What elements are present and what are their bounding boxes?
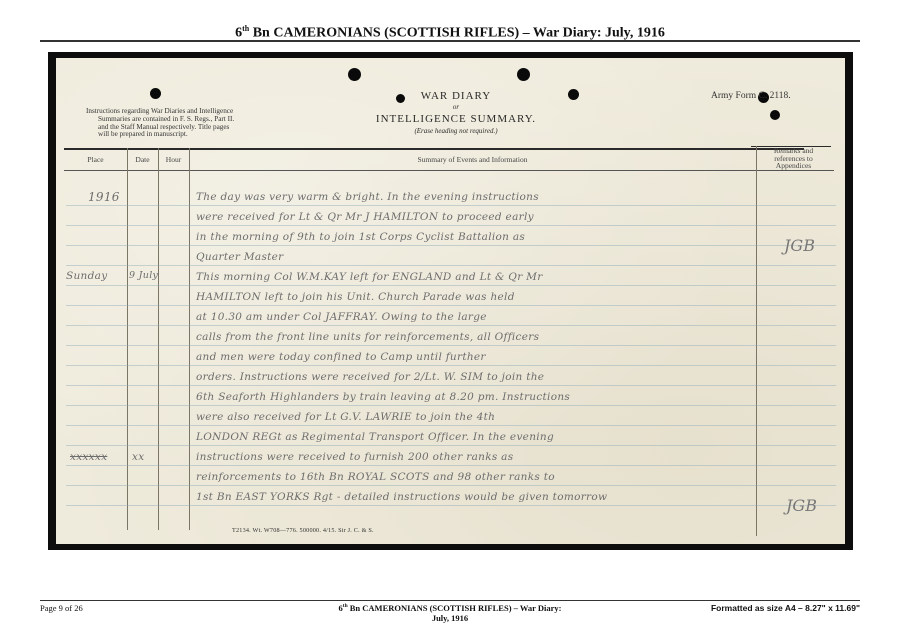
entry-line: LONDON REGt as Regimental Transport Offi… <box>196 431 554 443</box>
ruled-line <box>66 445 836 446</box>
table-header-rule <box>64 170 834 171</box>
ruled-line <box>66 385 836 386</box>
ruled-line <box>66 325 836 326</box>
column-header-hour: Hour <box>158 155 189 164</box>
ruled-line <box>66 285 836 286</box>
header-unit-suffix: th <box>242 24 249 33</box>
ruled-line <box>66 485 836 486</box>
footer-title: 6th Bn CAMERONIANS (SCOTTISH RIFLES) – W… <box>330 603 570 623</box>
entry-line: This morning Col W.M.KAY left for ENGLAN… <box>196 271 543 283</box>
ruled-line <box>66 305 836 306</box>
footer-unit-suffix: th <box>343 603 348 609</box>
entry-line: were also received for Lt G.V. LAWRIE to… <box>196 411 495 423</box>
printer-mark: T2134. Wt. W708—776. 500000. 4/15. Sir J… <box>232 527 374 534</box>
remarks-initials: JGB <box>786 496 817 515</box>
column-header-date: Date <box>127 155 158 164</box>
footer-rule <box>40 600 860 601</box>
form-instructions: Instructions regarding War Diaries and I… <box>86 108 301 139</box>
war-diary-scan: Instructions regarding War Diaries and I… <box>56 58 845 544</box>
ruled-line <box>66 365 836 366</box>
form-title-or: or <box>326 103 586 112</box>
entry-line: calls from the front line units for rein… <box>196 331 539 343</box>
footer-title-text: Bn CAMERONIANS (SCOTTISH RIFLES) – War D… <box>350 603 562 623</box>
entry-line: at 10.30 am under Col JAFFRAY. Owing to … <box>196 311 487 323</box>
entry-line: and men were today confined to Camp unti… <box>196 351 486 363</box>
punch-hole <box>348 68 361 81</box>
ruled-line <box>66 345 836 346</box>
page-format-note: Formatted as size A4 – 8.27" x 11.69" <box>711 603 860 613</box>
column-header-remarks: Remarks and references to Appendices <box>756 147 831 170</box>
crossed-out-date: xx <box>132 451 144 463</box>
punch-hole <box>517 68 530 81</box>
entry-line: 6th Seaforth Highlanders by train leavin… <box>196 391 570 403</box>
punch-hole <box>150 88 161 99</box>
column-header-summary: Summary of Events and Information <box>189 155 756 164</box>
page-header: 6th Bn CAMERONIANS (SCOTTISH RIFLES) – W… <box>40 18 860 40</box>
header-title: Bn CAMERONIANS (SCOTTISH RIFLES) – War D… <box>253 26 665 41</box>
form-subtitle: INTELLIGENCE SUMMARY. <box>326 112 586 126</box>
entry-line: were received for Lt & Qr Mr J HAMILTON … <box>196 211 534 223</box>
column-header-place: Place <box>64 155 127 164</box>
form-title-note: (Erase heading not required.) <box>326 126 586 136</box>
page-number: Page 9 of 26 <box>40 603 83 613</box>
entry-line: The day was very warm & bright. In the e… <box>196 191 539 203</box>
form-title-block: WAR DIARY or INTELLIGENCE SUMMARY. (Eras… <box>326 90 586 136</box>
entry-line: reinforcements to 16th Bn ROYAL SCOTS an… <box>196 471 555 483</box>
ruled-line <box>66 425 836 426</box>
entry-line: in the morning of 9th to join 1st Corps … <box>196 231 525 243</box>
ruled-line <box>66 225 836 226</box>
instructions-line: will be prepared in manuscript. <box>86 131 301 139</box>
entry-line: orders. Instructions were received for 2… <box>196 371 544 383</box>
punch-hole <box>770 110 780 120</box>
remarks-initials: JGB <box>784 236 815 255</box>
ruled-line <box>66 505 836 506</box>
army-form-number: Army Form C. 2118. <box>711 91 791 101</box>
header-rule <box>40 40 860 42</box>
entry-date: 9 July <box>129 270 158 281</box>
ruled-line <box>66 265 836 266</box>
ruled-line <box>66 465 836 466</box>
entry-place-year: 1916 <box>88 190 120 204</box>
remarks-header-line: Appendices <box>756 162 831 170</box>
entry-place-day: Sunday <box>66 270 107 282</box>
entry-line: Quarter Master <box>196 251 284 263</box>
entry-line: HAMILTON left to join his Unit. Church P… <box>196 291 515 303</box>
ruled-line <box>66 205 836 206</box>
table-top-rule <box>64 148 804 150</box>
entry-line: instructions were received to furnish 20… <box>196 451 513 463</box>
ruled-line <box>66 245 836 246</box>
ruled-line <box>66 405 836 406</box>
form-title: WAR DIARY <box>326 90 586 103</box>
crossed-out-place: xxxxxx <box>70 451 107 463</box>
entry-line: 1st Bn EAST YORKS Rgt - detailed instruc… <box>196 491 607 503</box>
